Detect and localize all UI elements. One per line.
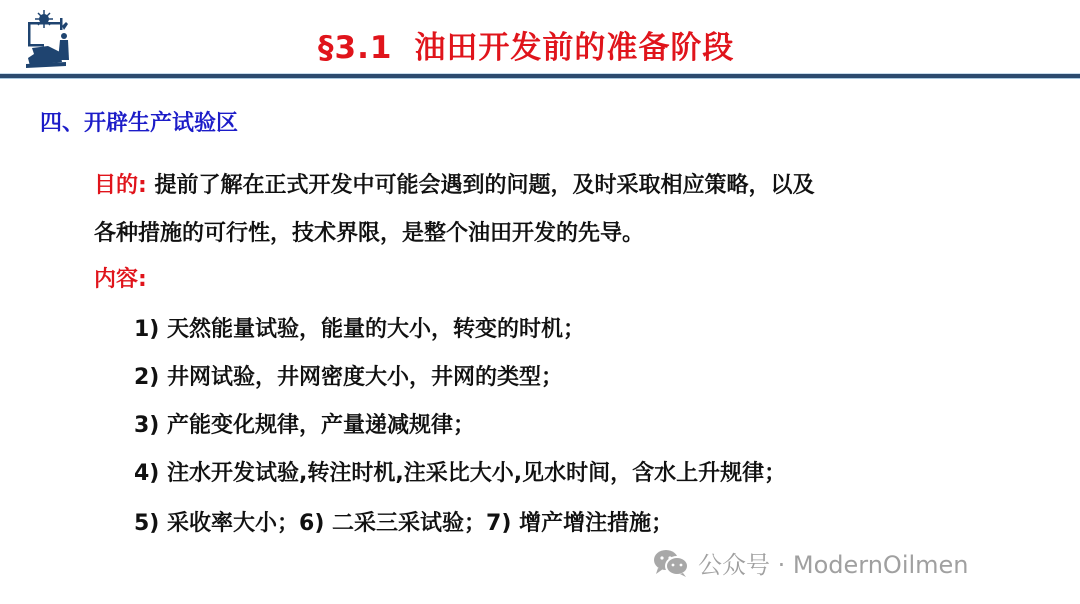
watermark-text: 公众号 · ModernOilmen: [698, 545, 969, 580]
title-text: 油田开发前的准备阶段: [414, 30, 734, 66]
section-heading: 四、开辟生产试验区: [40, 106, 238, 137]
purpose-line-1: 目的: 提前了解在正式开发中可能会遇到的问题，及时采取相应策略，以及: [94, 168, 814, 199]
page-title: §3.1油田开发前的准备阶段: [318, 22, 734, 67]
list-item: 3) 产能变化规律，产量递减规律；: [134, 408, 475, 439]
section-number: §3.1: [318, 30, 392, 66]
watermark: 公众号 · ModernOilmen: [652, 545, 969, 580]
content-label: 内容:: [94, 262, 147, 293]
purpose-line-2: 各种措施的可行性，技术界限，是整个油田开发的先导。: [94, 216, 644, 247]
list-item: 2) 井网试验，井网密度大小，井网的类型；: [134, 360, 563, 391]
list-item: 4) 注水开发试验,转注时机,注采比大小,见水时间，含水上升规律；: [134, 456, 786, 487]
purpose-text-1: 提前了解在正式开发中可能会遇到的问题，及时采取相应策略，以及: [147, 173, 815, 198]
list-item: 5) 采收率大小；6) 二采三采试验；7) 增产增注措施；: [134, 506, 673, 537]
list-item: 1) 天然能量试验，能量的大小，转变的时机；: [134, 312, 585, 343]
wechat-icon: [652, 548, 690, 578]
header-divider: [0, 74, 1080, 78]
oil-worker-logo-icon: [22, 8, 72, 70]
purpose-label: 目的:: [94, 173, 147, 198]
